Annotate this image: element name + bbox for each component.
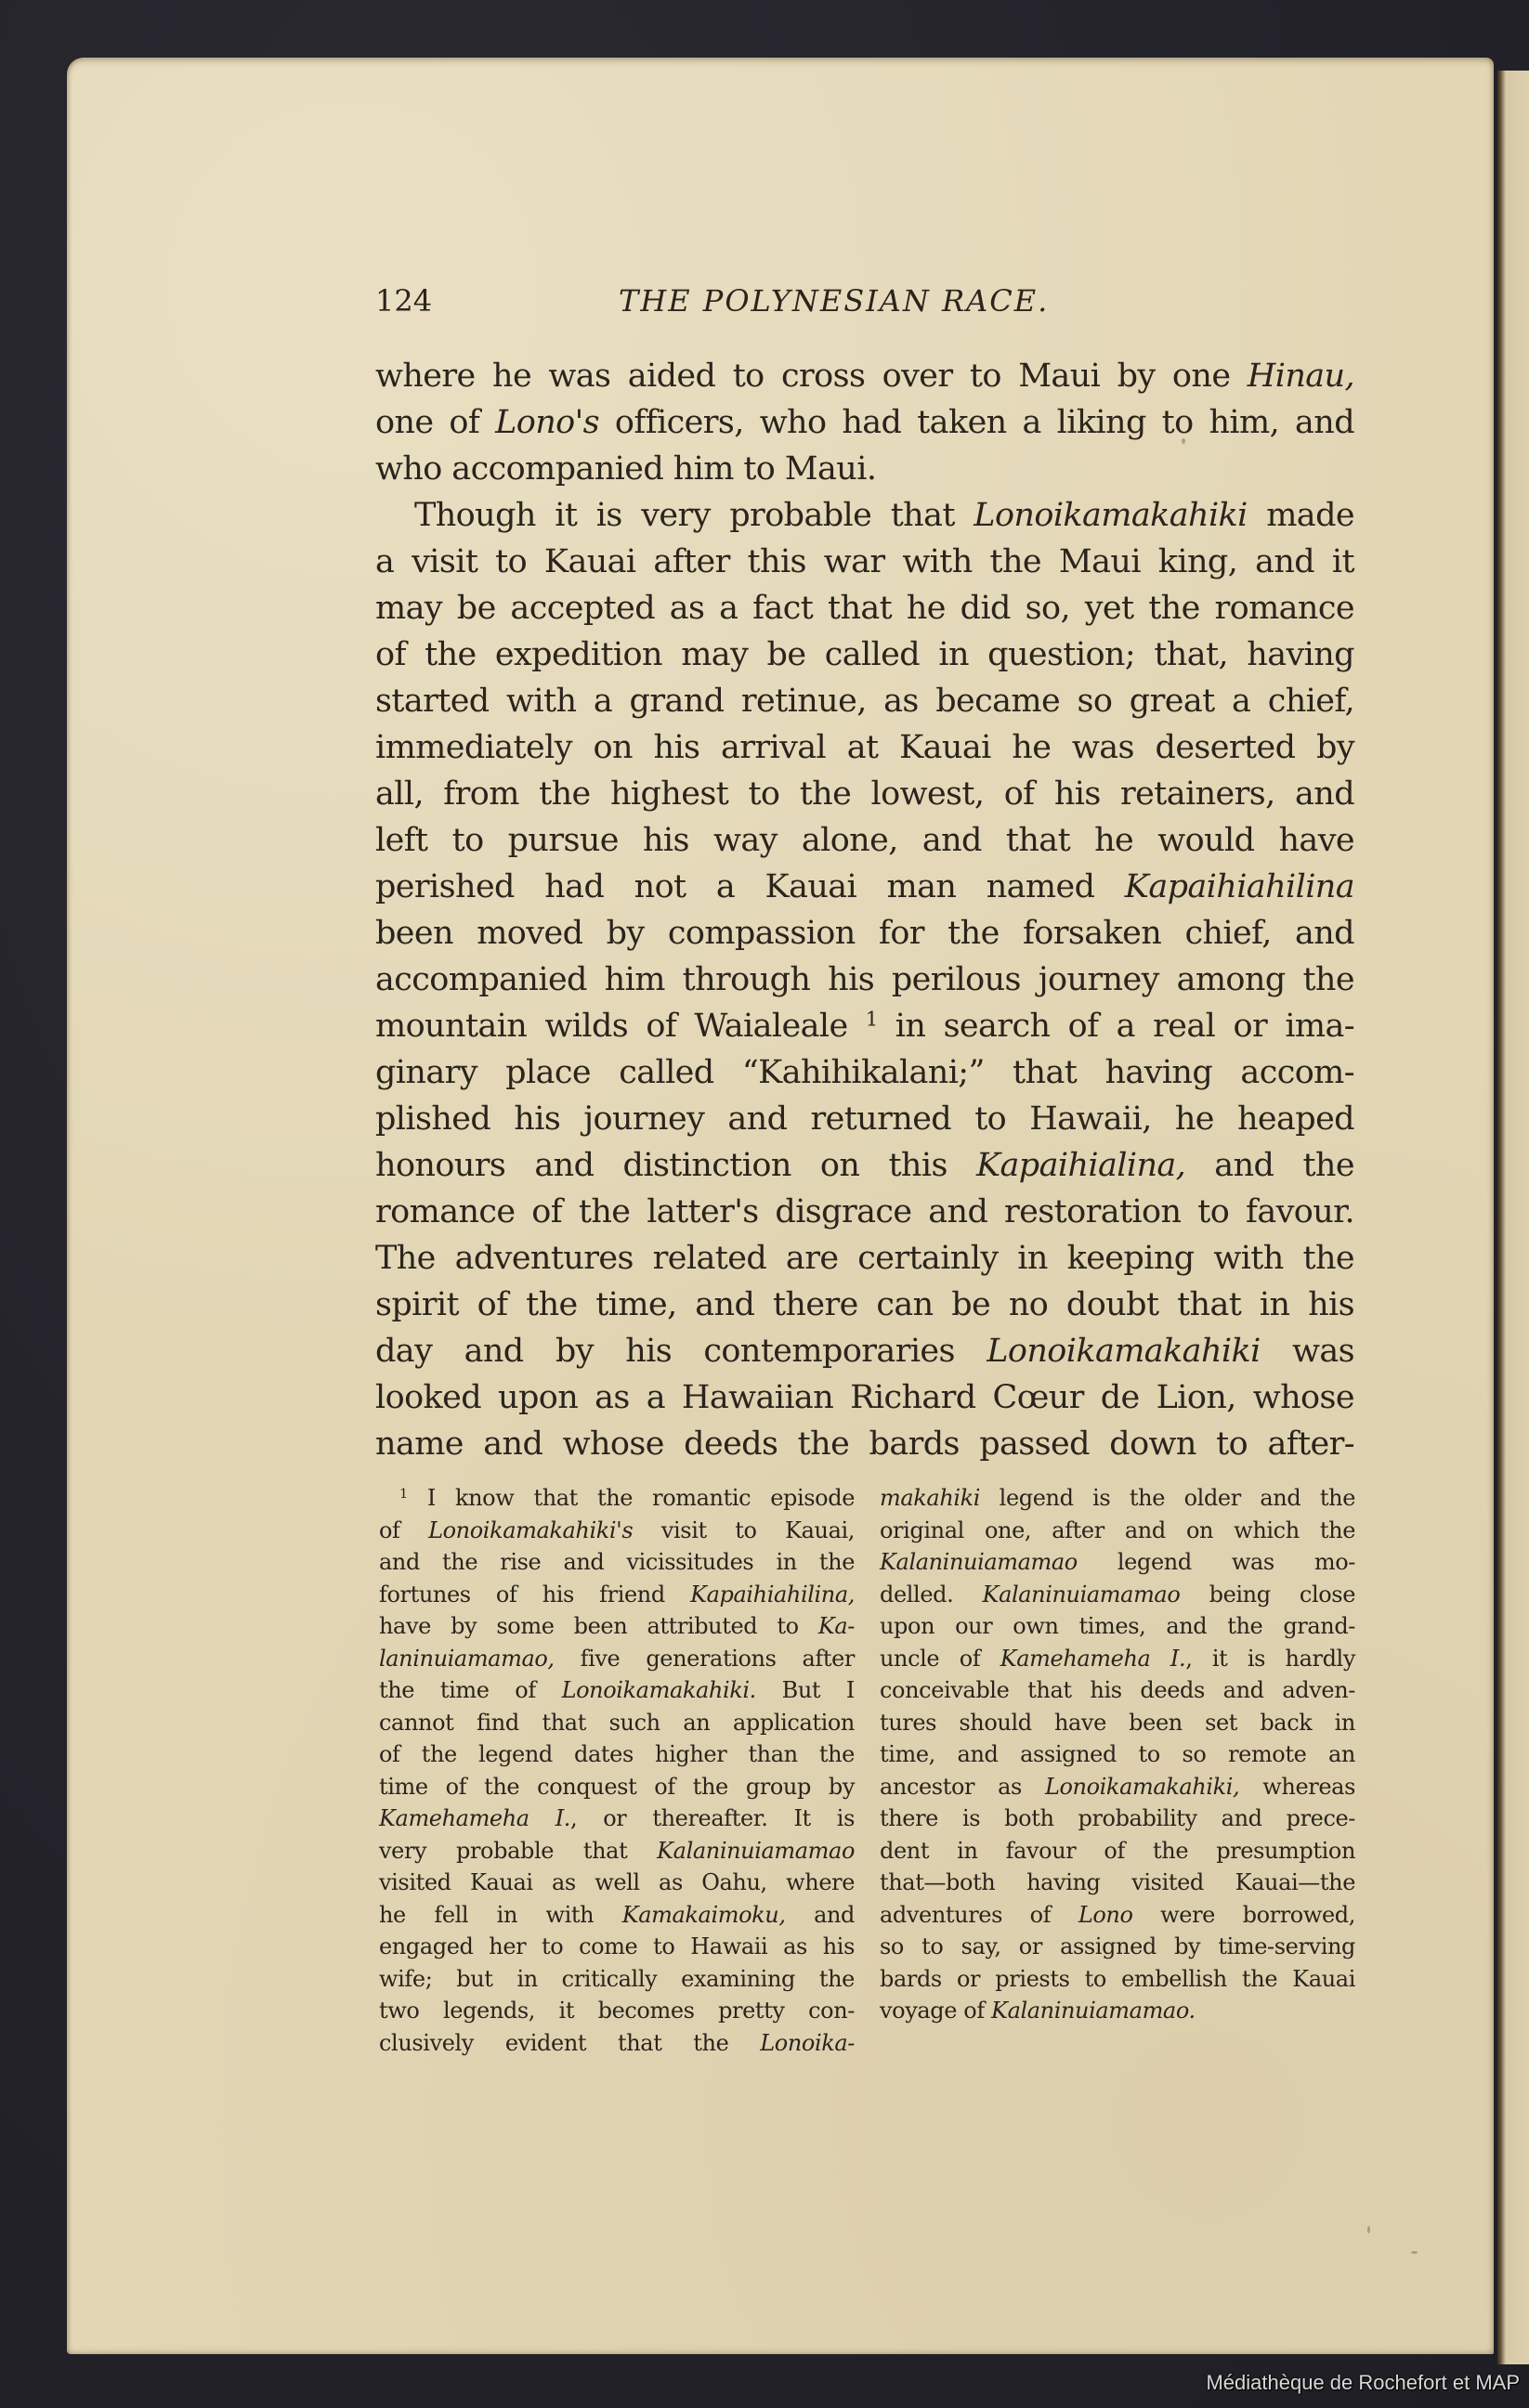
- body-line: ginary place called “Kahihikalani;” that…: [375, 1049, 1354, 1096]
- text-run: plished his journey and returned to Hawa…: [375, 1100, 1354, 1138]
- footnote-line: engaged her to come to Hawaii as his: [379, 1931, 855, 1963]
- footnote-line: 1 I know that the romantic episode: [379, 1482, 855, 1515]
- body-text: where he was aided to cross over to Maui…: [375, 353, 1354, 1467]
- footnote-line: that—both having visited Kauai—the: [880, 1867, 1355, 1899]
- italic-term: Lono's: [495, 404, 599, 441]
- body-line: mountain wilds of Waialeale 1 in search …: [375, 1003, 1354, 1049]
- text-run: dent in favour of the presumption: [880, 1838, 1355, 1864]
- footnote-line: tures should have been set back in: [880, 1707, 1355, 1739]
- footnote-line: cannot find that such an application: [379, 1707, 855, 1739]
- text-run: have by some been attributed to: [379, 1613, 818, 1639]
- text-run: there is both probability and prece-: [880, 1805, 1355, 1831]
- footnote-line: uncle of Kamehameha I., it is hardly: [880, 1643, 1355, 1675]
- text-run: one of: [375, 404, 495, 441]
- footnote-line: he fell in with Kamakaimoku, and: [379, 1899, 855, 1932]
- footnote-line: clusively evident that the Lonoika-: [379, 2027, 855, 2060]
- watermark: Médiathèque de Rochefort et MAP: [1206, 2371, 1520, 2395]
- text-run: and the rise and vicissitudes in the: [379, 1549, 855, 1575]
- paper-speck: [1367, 2226, 1370, 2233]
- text-run: he fell in with: [379, 1902, 622, 1928]
- text-run: , or thereafter. It is: [570, 1805, 855, 1831]
- italic-term: Kamehameha I.: [1000, 1646, 1185, 1672]
- italic-term: Kapaihiahilina,: [690, 1581, 855, 1608]
- text-run: engaged her to come to Hawaii as his: [379, 1933, 855, 1959]
- italic-term: Kapaihiahilina: [1125, 868, 1354, 905]
- text-run: the time of: [379, 1677, 562, 1703]
- italic-term: Lonoikamakahiki's: [428, 1517, 633, 1543]
- running-title: THE POLYNESIAN RACE.: [619, 280, 1049, 321]
- italic-term: Kalaninuiamamao: [657, 1838, 855, 1864]
- text-run: fortunes of his friend: [379, 1581, 690, 1608]
- text-run: made: [1248, 497, 1354, 534]
- body-line: left to pursue his way alone, and that h…: [375, 817, 1354, 864]
- body-line: plished his journey and returned to Hawa…: [375, 1096, 1354, 1142]
- italic-term: laninuiamamao,: [379, 1646, 555, 1672]
- text-run: in search of a real or ima-: [878, 1008, 1354, 1045]
- footnote-line: time, and assigned to so remote an: [880, 1738, 1355, 1771]
- body-line: honours and distinction on this Kapaihia…: [375, 1142, 1354, 1189]
- footnote-line: and the rise and vicissitudes in the: [379, 1546, 855, 1579]
- footnote-line: voyage of Kalaninuiamamao.: [880, 1995, 1355, 2027]
- body-line: of the expedition may be called in quest…: [375, 631, 1354, 678]
- text-run: and: [786, 1902, 855, 1928]
- text-run: visit to Kauai,: [633, 1517, 855, 1543]
- text-run: wife; but in critically examining the: [379, 1966, 855, 1992]
- italic-term: Lonoikamakahiki: [974, 497, 1247, 534]
- text-run: time, and assigned to so remote an: [880, 1741, 1355, 1767]
- body-line: accompanied him through his perilous jou…: [375, 957, 1354, 1003]
- footnote-line: of the legend dates higher than the: [379, 1738, 855, 1771]
- body-line: started with a grand retinue, as became …: [375, 678, 1354, 724]
- text-run: visited Kauai as well as Oahu, where: [379, 1869, 855, 1895]
- text-run: legend is the older and the: [980, 1485, 1355, 1511]
- text-run: where he was aided to cross over to Maui…: [375, 358, 1248, 395]
- body-line: been moved by compassion for the forsake…: [375, 910, 1354, 957]
- italic-term: Lonoika-: [760, 2030, 855, 2056]
- running-head: 124 THE POLYNESIAN RACE.: [375, 280, 1354, 321]
- footnote-marker: 1: [866, 1008, 878, 1030]
- body-line: perished had not a Kauai man named Kapai…: [375, 864, 1354, 910]
- footnote-column-left: 1 I know that the romantic episodeof Lon…: [379, 1482, 855, 2059]
- text-run: upon our own times, and the grand-: [880, 1613, 1355, 1639]
- paper-speck: [1411, 2251, 1418, 2254]
- text-run: were borrowed,: [1133, 1902, 1355, 1928]
- body-line: Though it is very probable that Lonoikam…: [375, 492, 1354, 539]
- text-run: five generations after: [555, 1646, 855, 1672]
- italic-term: Lonoikamakahiki.: [562, 1677, 756, 1703]
- text-run: ginary place called “Kahihikalani;” that…: [375, 1054, 1354, 1091]
- body-line: immediately on his arrival at Kauai he w…: [375, 724, 1354, 771]
- footnote-line: fortunes of his friend Kapaihiahilina,: [379, 1579, 855, 1611]
- body-line: all, from the highest to the lowest, of …: [375, 771, 1354, 817]
- footnote-line: time of the conquest of the group by: [379, 1771, 855, 1803]
- text-run: But I: [756, 1677, 855, 1703]
- text-run: being close: [1180, 1581, 1355, 1608]
- body-line: name and whose deeds the bards passed do…: [375, 1421, 1354, 1467]
- text-run: two legends, it becomes pretty con-: [379, 1998, 855, 2024]
- footnote-line: dent in favour of the presumption: [880, 1835, 1355, 1868]
- text-run: perished had not a Kauai man named: [375, 868, 1125, 905]
- body-line: The adventures related are certainly in …: [375, 1235, 1354, 1282]
- text-run: accompanied him through his perilous jou…: [375, 961, 1354, 998]
- text-run: been moved by compassion for the forsake…: [375, 915, 1354, 952]
- italic-term: Kapaihialina,: [976, 1147, 1185, 1184]
- footnote-line: Kalaninuiamamao legend was mo-: [880, 1546, 1355, 1579]
- body-line: a visit to Kauai after this war with the…: [375, 539, 1354, 585]
- text-run: cannot find that such an application: [379, 1710, 855, 1736]
- italic-term: Kalaninuiamamao: [983, 1581, 1181, 1608]
- text-run: and the: [1185, 1147, 1354, 1184]
- footnote-line: delled. Kalaninuiamamao being close: [880, 1579, 1355, 1611]
- text-run: time of the conquest of the group by: [379, 1774, 855, 1800]
- footnote-line: ancestor as Lonoikamakahiki, whereas: [880, 1771, 1355, 1803]
- text-run: adventures of: [880, 1902, 1078, 1928]
- text-run: of: [379, 1517, 428, 1543]
- text-run: uncle of: [880, 1646, 1000, 1672]
- text-run: legend was mo-: [1078, 1549, 1355, 1575]
- body-line: who accompanied him to Maui.: [375, 446, 1354, 492]
- text-run: I know that the romantic episode: [408, 1485, 855, 1511]
- footnote-line: there is both probability and prece-: [880, 1803, 1355, 1835]
- text-run: very probable that: [379, 1838, 657, 1864]
- footnote-line: visited Kauai as well as Oahu, where: [379, 1867, 855, 1899]
- text-run: mountain wilds of Waialeale: [375, 1008, 866, 1045]
- text-run: voyage of: [880, 1998, 991, 2024]
- text-run: officers, who had taken a liking to him,…: [599, 404, 1354, 441]
- italic-term: Kamakaimoku,: [622, 1902, 786, 1928]
- text-run: bards or priests to embellish the Kauai: [880, 1966, 1355, 1992]
- body-line: spirit of the time, and there can be no …: [375, 1282, 1354, 1328]
- footnote-line: upon our own times, and the grand-: [880, 1610, 1355, 1643]
- text-run: Though it is very probable that: [414, 497, 974, 534]
- text-run: original one, after and on which the: [880, 1517, 1355, 1543]
- italic-term: makahiki: [880, 1485, 980, 1511]
- text-run: who accompanied him to Maui.: [375, 450, 876, 488]
- italic-term: Hinau,: [1248, 358, 1354, 395]
- text-run: a visit to Kauai after this war with the…: [375, 543, 1354, 580]
- text-run: may be accepted as a fact that he did so…: [375, 590, 1354, 627]
- text-run: that—both having visited Kauai—the: [880, 1869, 1355, 1895]
- footnote-line: makahiki legend is the older and the: [880, 1482, 1355, 1515]
- text-run: whereas: [1239, 1774, 1355, 1800]
- footnote-line: two legends, it becomes pretty con-: [379, 1995, 855, 2027]
- text-run: conceivable that his deeds and adven-: [880, 1677, 1355, 1703]
- body-line: one of Lono's officers, who had taken a …: [375, 399, 1354, 446]
- text-run: of the expedition may be called in quest…: [375, 636, 1354, 673]
- footnote-line: have by some been attributed to Ka-: [379, 1610, 855, 1643]
- footnote-line: Kamehameha I., or thereafter. It is: [379, 1803, 855, 1835]
- text-run: was: [1261, 1333, 1354, 1370]
- text-run: started with a grand retinue, as became …: [375, 683, 1354, 720]
- italic-term: Lono: [1078, 1902, 1133, 1928]
- italic-term: Lonoikamakahiki,: [1045, 1774, 1239, 1800]
- italic-term: Kamehameha I.: [379, 1805, 570, 1831]
- adjacent-page-edge: [1497, 71, 1529, 2364]
- body-line: where he was aided to cross over to Maui…: [375, 353, 1354, 399]
- footnote-column-right: makahiki legend is the older and theorig…: [880, 1482, 1355, 2027]
- text-run: tures should have been set back in: [880, 1710, 1355, 1736]
- page-number: 124: [375, 280, 432, 321]
- text-run: romance of the latter's disgrace and res…: [375, 1193, 1354, 1230]
- footnote-line: bards or priests to embellish the Kauai: [880, 1963, 1355, 1996]
- footnote-line: very probable that Kalaninuiamamao: [379, 1835, 855, 1868]
- italic-term: Kalaninuiamamao.: [991, 1998, 1196, 2024]
- text-run: immediately on his arrival at Kauai he w…: [375, 729, 1354, 766]
- body-line: may be accepted as a fact that he did so…: [375, 585, 1354, 631]
- body-line: romance of the latter's disgrace and res…: [375, 1189, 1354, 1235]
- text-run: so to say, or assigned by time-serving: [880, 1933, 1355, 1959]
- text-run: , it is hardly: [1185, 1646, 1355, 1672]
- italic-term: Lonoikamakahiki: [987, 1333, 1260, 1370]
- text-run: day and by his contemporaries: [375, 1333, 987, 1370]
- text-run: spirit of the time, and there can be no …: [375, 1286, 1354, 1323]
- footnote-line: conceivable that his deeds and adven-: [880, 1674, 1355, 1707]
- text-run: ancestor as: [880, 1774, 1045, 1800]
- footnote-line: the time of Lonoikamakahiki. But I: [379, 1674, 855, 1707]
- footnote-marker: 1: [399, 1487, 408, 1502]
- text-run: name and whose deeds the bards passed do…: [375, 1425, 1354, 1463]
- text-run: delled.: [880, 1581, 983, 1608]
- italic-term: Kalaninuiamamao: [880, 1549, 1078, 1575]
- footnote-line: wife; but in critically examining the: [379, 1963, 855, 1996]
- text-run: honours and distinction on this: [375, 1147, 976, 1184]
- text-run: The adventures related are certainly in …: [375, 1240, 1354, 1277]
- text-run: all, from the highest to the lowest, of …: [375, 775, 1354, 813]
- footnote-line: original one, after and on which the: [880, 1515, 1355, 1547]
- footnote-line: of Lonoikamakahiki's visit to Kauai,: [379, 1515, 855, 1547]
- text-run: looked upon as a Hawaiian Richard Cœur d…: [375, 1379, 1354, 1416]
- text-run: of the legend dates higher than the: [379, 1741, 855, 1767]
- italic-term: Ka-: [818, 1613, 855, 1639]
- text-run: left to pursue his way alone, and that h…: [375, 822, 1354, 859]
- footnote-line: laninuiamamao, five generations after: [379, 1643, 855, 1675]
- body-line: day and by his contemporaries Lonoikamak…: [375, 1328, 1354, 1374]
- text-run: clusively evident that the: [379, 2030, 760, 2056]
- body-line: looked upon as a Hawaiian Richard Cœur d…: [375, 1374, 1354, 1421]
- footnote-line: so to say, or assigned by time-serving: [880, 1931, 1355, 1963]
- footnote-line: adventures of Lono were borrowed,: [880, 1899, 1355, 1932]
